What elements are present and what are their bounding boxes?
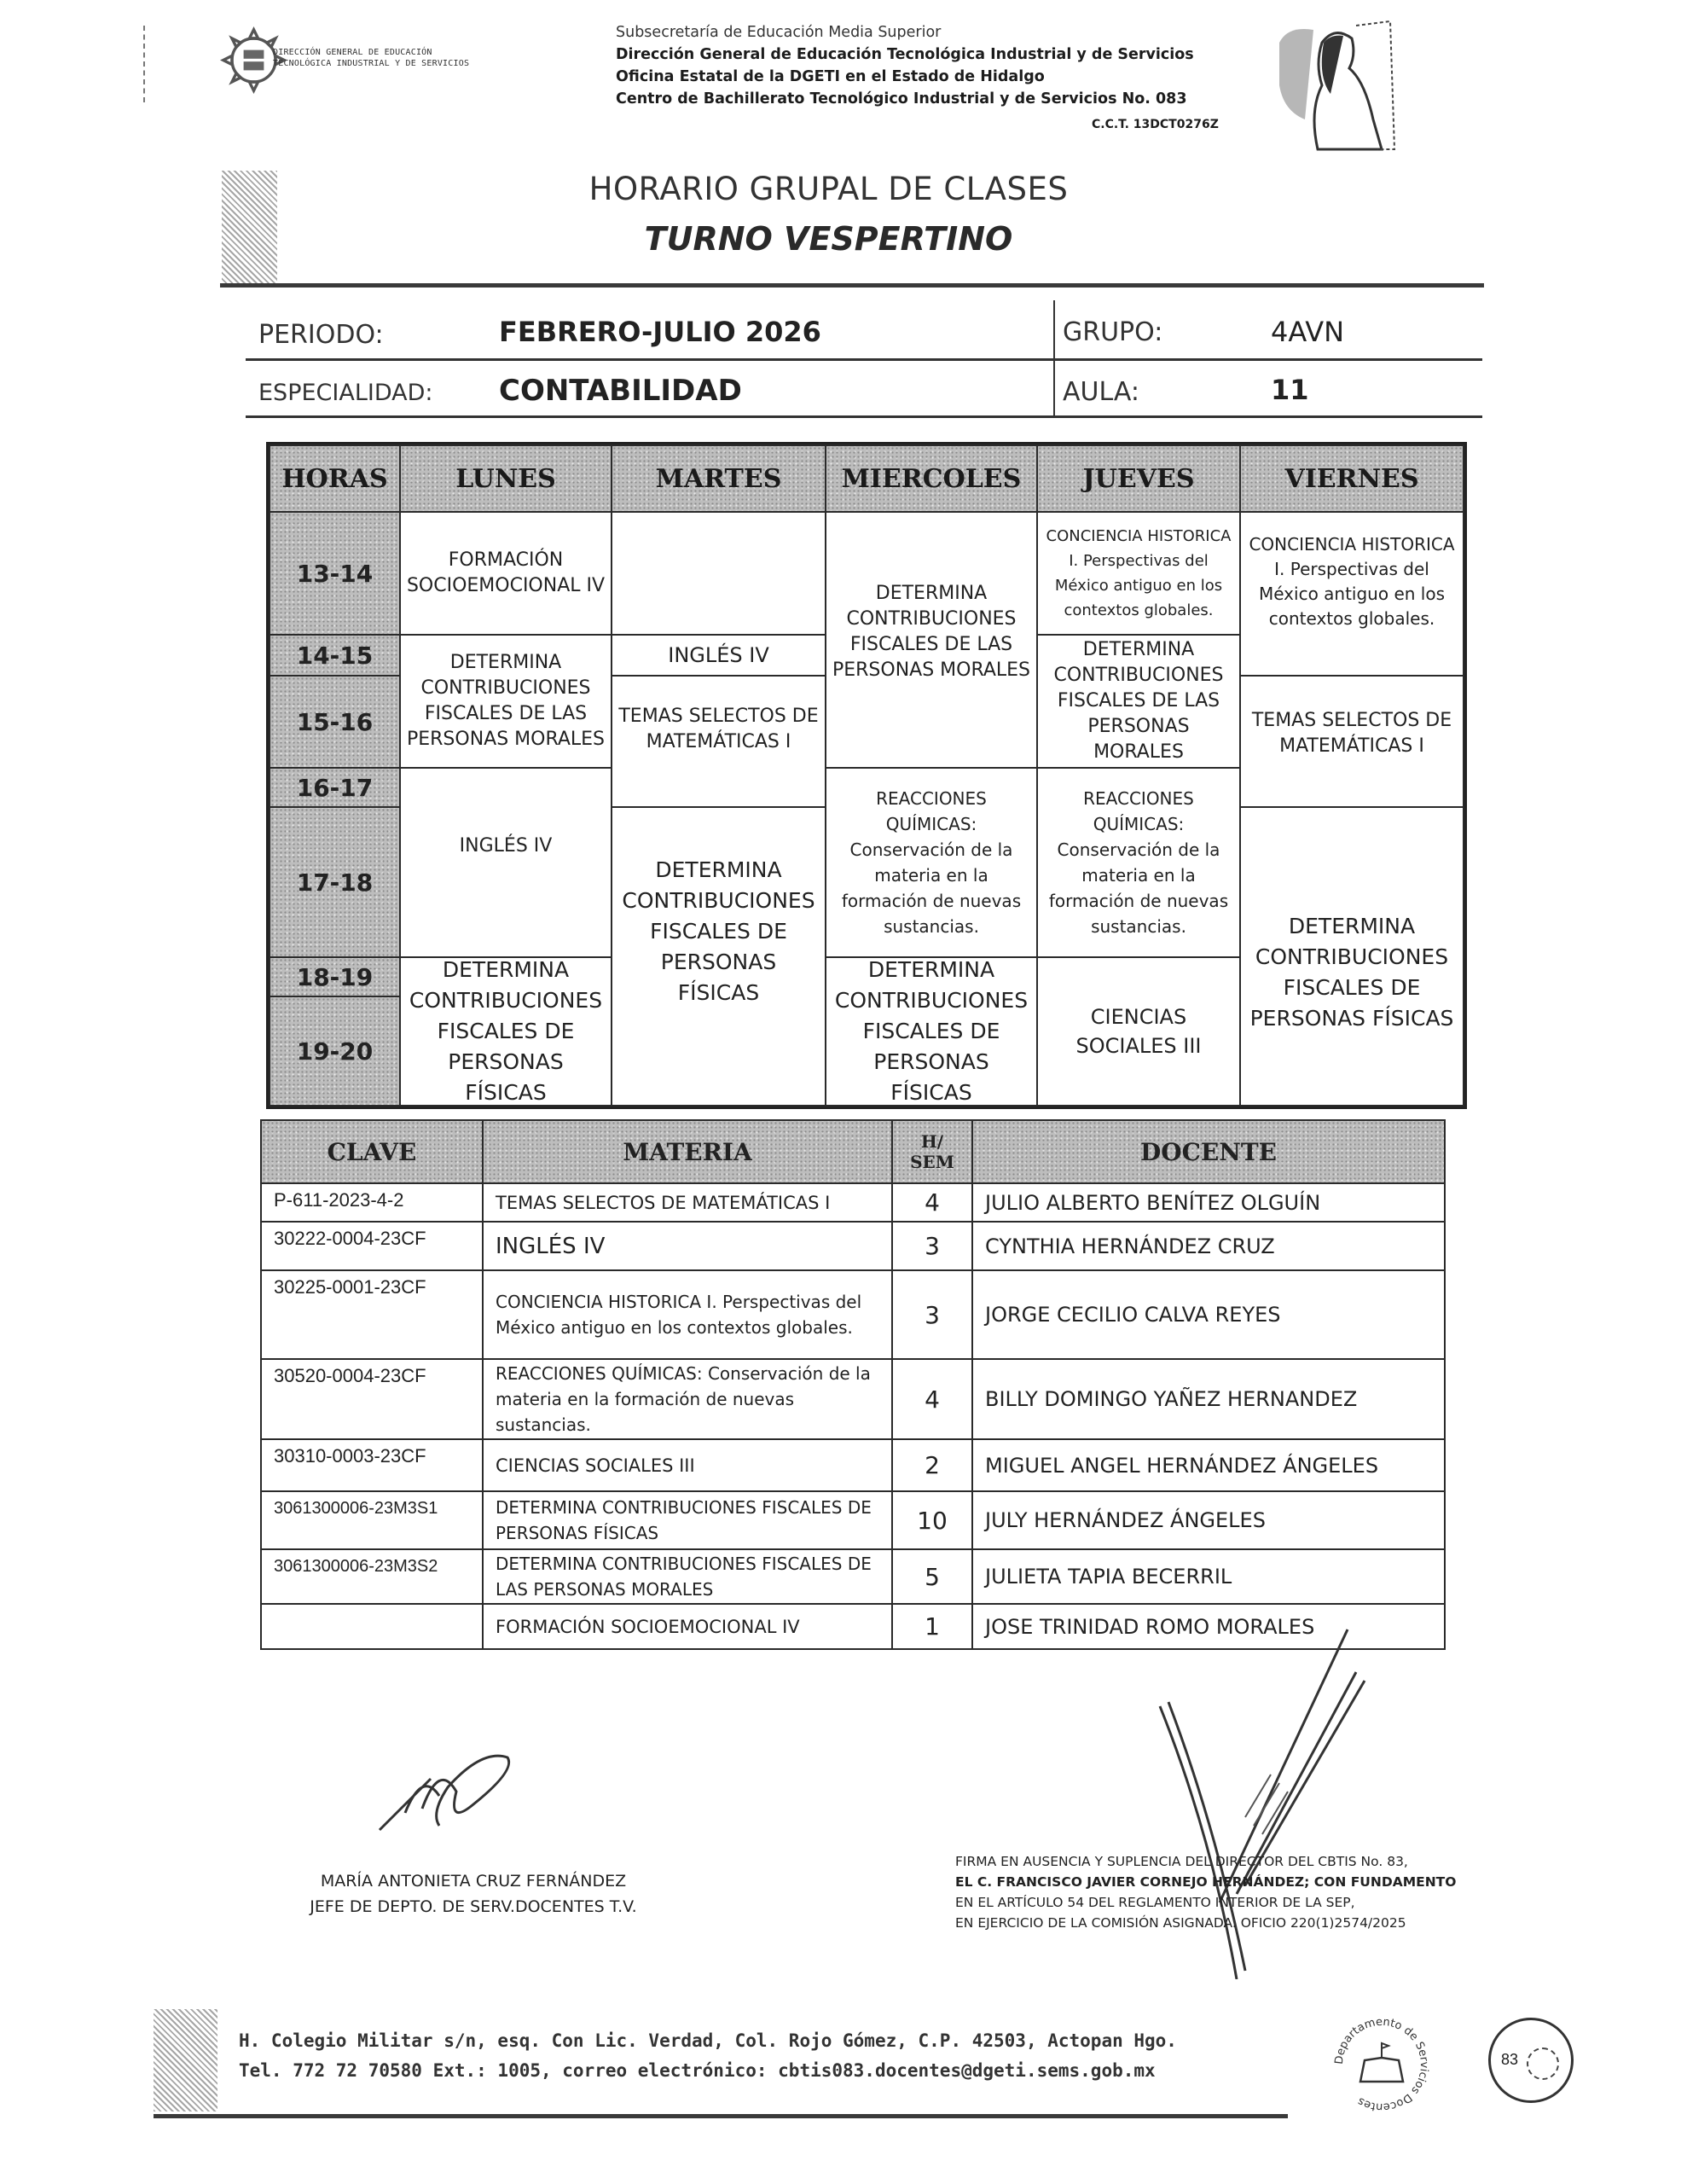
class-jueves-16-18: REACCIONES QUÍMICAS: Conservación de la … [1036, 767, 1241, 958]
class-jueves-14-16: DETERMINA CONTRIBUCIONES FISCALES DE LAS… [1036, 634, 1241, 769]
header-divider [220, 283, 1484, 288]
ornament-pattern-footer [154, 2009, 217, 2111]
schedule-table: HORAS LUNES MARTES MIERCOLES JUEVES VIER… [266, 442, 1467, 1109]
aula-value: 11 [1271, 374, 1309, 406]
hour-15-16: 15-16 [269, 675, 401, 769]
subject-docente: JORGE CECILIO CALVA REYES [971, 1269, 1446, 1360]
hour-16-17: 16-17 [269, 767, 401, 808]
class-martes-13-14-empty [611, 511, 826, 636]
subject-hours-per-week: 4 [891, 1182, 973, 1223]
footer-phone-email: Tel. 772 72 70580 Ext.: 1005, correo ele… [239, 2056, 1177, 2086]
subject-hours-per-week: 2 [891, 1438, 973, 1492]
subject-clave: 3061300006-23M3S2 [260, 1548, 484, 1605]
subject-hours-per-week: 3 [891, 1269, 973, 1360]
header-hsem: H/ SEM [891, 1119, 973, 1184]
class-miercoles-16-18: REACCIONES QUÍMICAS: Conservación de la … [825, 767, 1038, 958]
footer-divider [154, 2114, 1288, 2118]
signatory-left-name: MARÍA ANTONIETA CRUZ FERNÁNDEZ [290, 1868, 657, 1894]
subject-materia: INGLÉS IV [482, 1221, 893, 1271]
subject-clave: 30225-0001-23CF [260, 1269, 484, 1360]
footer-contact: H. Colegio Militar s/n, esq. Con Lic. Ve… [239, 2026, 1177, 2086]
class-jueves-18-20: CIENCIAS SOCIALES III [1036, 956, 1241, 1107]
seal-icon: Departamento de Servicios Docentes [1330, 2013, 1433, 2116]
header-jueves: JUEVES [1036, 444, 1241, 513]
subject-materia: REACCIONES QUÍMICAS: Conservación de la … [482, 1358, 893, 1440]
left-margin-dashes [143, 26, 147, 102]
document-title: HORARIO GRUPAL DE CLASES [0, 171, 1687, 207]
shift-title: TURNO VESPERTINO [0, 220, 1687, 258]
class-miercoles-18-20: DETERMINA CONTRIBUCIONES FISCALES DE PER… [825, 956, 1038, 1107]
institution-block: Subsecretaría de Educación Media Superio… [616, 21, 1194, 110]
subject-hours-per-week: 5 [891, 1548, 973, 1605]
hour-19-20: 19-20 [269, 996, 401, 1107]
class-lunes-16-18: INGLÉS IV [399, 767, 612, 958]
subject-materia: TEMAS SELECTOS DE MATEMÁTICAS I [482, 1182, 893, 1223]
class-jueves-13-14: CONCIENCIA HISTORICA I. Perspectivas del… [1036, 511, 1241, 636]
institution-line: Dirección General de Educación Tecnológi… [616, 44, 1194, 66]
class-miercoles-13-16: DETERMINA CONTRIBUCIONES FISCALES DE LAS… [825, 511, 1038, 769]
heroine-portrait-illustration-icon [1271, 17, 1407, 154]
subject-clave [260, 1603, 484, 1650]
subject-docente: CYNTHIA HERNÁNDEZ CRUZ [971, 1221, 1446, 1271]
meta-bottom-divider [246, 415, 1482, 418]
seal-departamento-servicios-docentes: Departamento de Servicios Docentes [1330, 2013, 1433, 2116]
subject-materia: FORMACIÓN SOCIOEMOCIONAL IV [482, 1603, 893, 1650]
header-materia: MATERIA [482, 1119, 893, 1184]
footer-address: H. Colegio Militar s/n, esq. Con Lic. Ve… [239, 2026, 1177, 2056]
header-martes: MARTES [611, 444, 826, 513]
grupo-label: GRUPO: [1063, 317, 1162, 347]
subject-clave: 3061300006-23M3S1 [260, 1490, 484, 1550]
header-clave: CLAVE [260, 1119, 484, 1184]
class-viernes-13-15: CONCIENCIA HISTORICA I. Perspectivas del… [1239, 511, 1464, 677]
meta-row-divider [246, 358, 1482, 361]
subject-materia: CONCIENCIA HISTORICA I. Perspectivas del… [482, 1269, 893, 1360]
institution-line: Centro de Bachillerato Tecnológico Indus… [616, 88, 1194, 110]
class-lunes-13-14: FORMACIÓN SOCIOEMOCIONAL IV [399, 511, 612, 636]
seal-number: 83 [1501, 2051, 1518, 2069]
class-martes-15-17: TEMAS SELECTOS DE MATEMÁTICAS I [611, 675, 826, 808]
subject-clave: P-611-2023-4-2 [260, 1182, 484, 1223]
especialidad-value: CONTABILIDAD [499, 374, 742, 408]
seal-emblem-icon [1527, 2047, 1559, 2080]
institution-line: Subsecretaría de Educación Media Superio… [616, 21, 1194, 44]
class-lunes-18-20: DETERMINA CONTRIBUCIONES FISCALES DE PER… [399, 956, 612, 1107]
periodo-label: PERIODO: [258, 320, 384, 350]
institution-line: Oficina Estatal de la DGETI en el Estado… [616, 66, 1194, 88]
class-viernes-15-17: TEMAS SELECTOS DE MATEMÁTICAS I [1239, 675, 1464, 808]
subject-docente: JULIETA TAPIA BECERRIL [971, 1548, 1446, 1605]
svg-text:Departamento de Servicios Doce: Departamento de Servicios Docentes [1333, 2016, 1430, 2113]
header-docente: DOCENTE [971, 1119, 1446, 1184]
header-miercoles: MIERCOLES [825, 444, 1038, 513]
subject-materia: DETERMINA CONTRIBUCIONES FISCALES DE LAS… [482, 1548, 893, 1605]
subject-docente: MIGUEL ANGEL HERNÁNDEZ ÁNGELES [971, 1438, 1446, 1492]
header-viernes: VIERNES [1239, 444, 1464, 513]
hour-14-15: 14-15 [269, 634, 401, 677]
class-martes-14-15: INGLÉS IV [611, 634, 826, 677]
signatory-left-role: JEFE DE DEPTO. DE SERV.DOCENTES T.V. [290, 1894, 657, 1920]
cct-code: C.C.T. 13DCT0276Z [1092, 118, 1219, 131]
class-viernes-17-20: DETERMINA CONTRIBUCIONES FISCALES DE PER… [1239, 806, 1464, 1107]
header-lunes: LUNES [399, 444, 612, 513]
header-horas: HORAS [269, 444, 401, 513]
grupo-value: 4AVN [1271, 316, 1344, 348]
subject-materia: DETERMINA CONTRIBUCIONES FISCALES DE PER… [482, 1490, 893, 1550]
aula-label: AULA: [1063, 377, 1139, 407]
subject-docente: JULIO ALBERTO BENÍTEZ OLGUÍN [971, 1182, 1446, 1223]
subject-hours-per-week: 1 [891, 1603, 973, 1650]
subject-docente: JULY HERNÁNDEZ ÁNGELES [971, 1490, 1446, 1550]
hour-13-14: 13-14 [269, 511, 401, 636]
subject-clave: 30222-0004-23CF [260, 1221, 484, 1271]
hour-17-18: 17-18 [269, 806, 401, 958]
subject-hours-per-week: 3 [891, 1221, 973, 1271]
class-martes-17-20: DETERMINA CONTRIBUCIONES FISCALES DE PER… [611, 806, 826, 1107]
subject-hours-per-week: 4 [891, 1358, 973, 1440]
subject-clave: 30310-0003-23CF [260, 1438, 484, 1492]
signature-scribble-left-icon [371, 1745, 525, 1838]
periodo-value: FEBRERO-JULIO 2026 [499, 316, 821, 348]
dgeti-logo-text: DIRECCIÓN GENERAL DE EDUCACIÓN TECNOLÓGI… [273, 47, 469, 69]
hour-18-19: 18-19 [269, 956, 401, 997]
subject-docente: BILLY DOMINGO YAÑEZ HERNANDEZ [971, 1358, 1446, 1440]
especialidad-label: ESPECIALIDAD: [258, 380, 433, 406]
signature-right-statement: FIRMA EN AUSENCIA Y SUPLENCIA DEL DIRECT… [955, 1851, 1456, 1933]
signature-left: MARÍA ANTONIETA CRUZ FERNÁNDEZ JEFE DE D… [290, 1868, 657, 1920]
class-lunes-14-16: DETERMINA CONTRIBUCIONES FISCALES DE LAS… [399, 634, 612, 769]
seal-cbtis: 83 [1488, 2018, 1574, 2103]
subject-hours-per-week: 10 [891, 1490, 973, 1550]
subject-clave: 30520-0004-23CF [260, 1358, 484, 1440]
subject-materia: CIENCIAS SOCIALES III [482, 1438, 893, 1492]
